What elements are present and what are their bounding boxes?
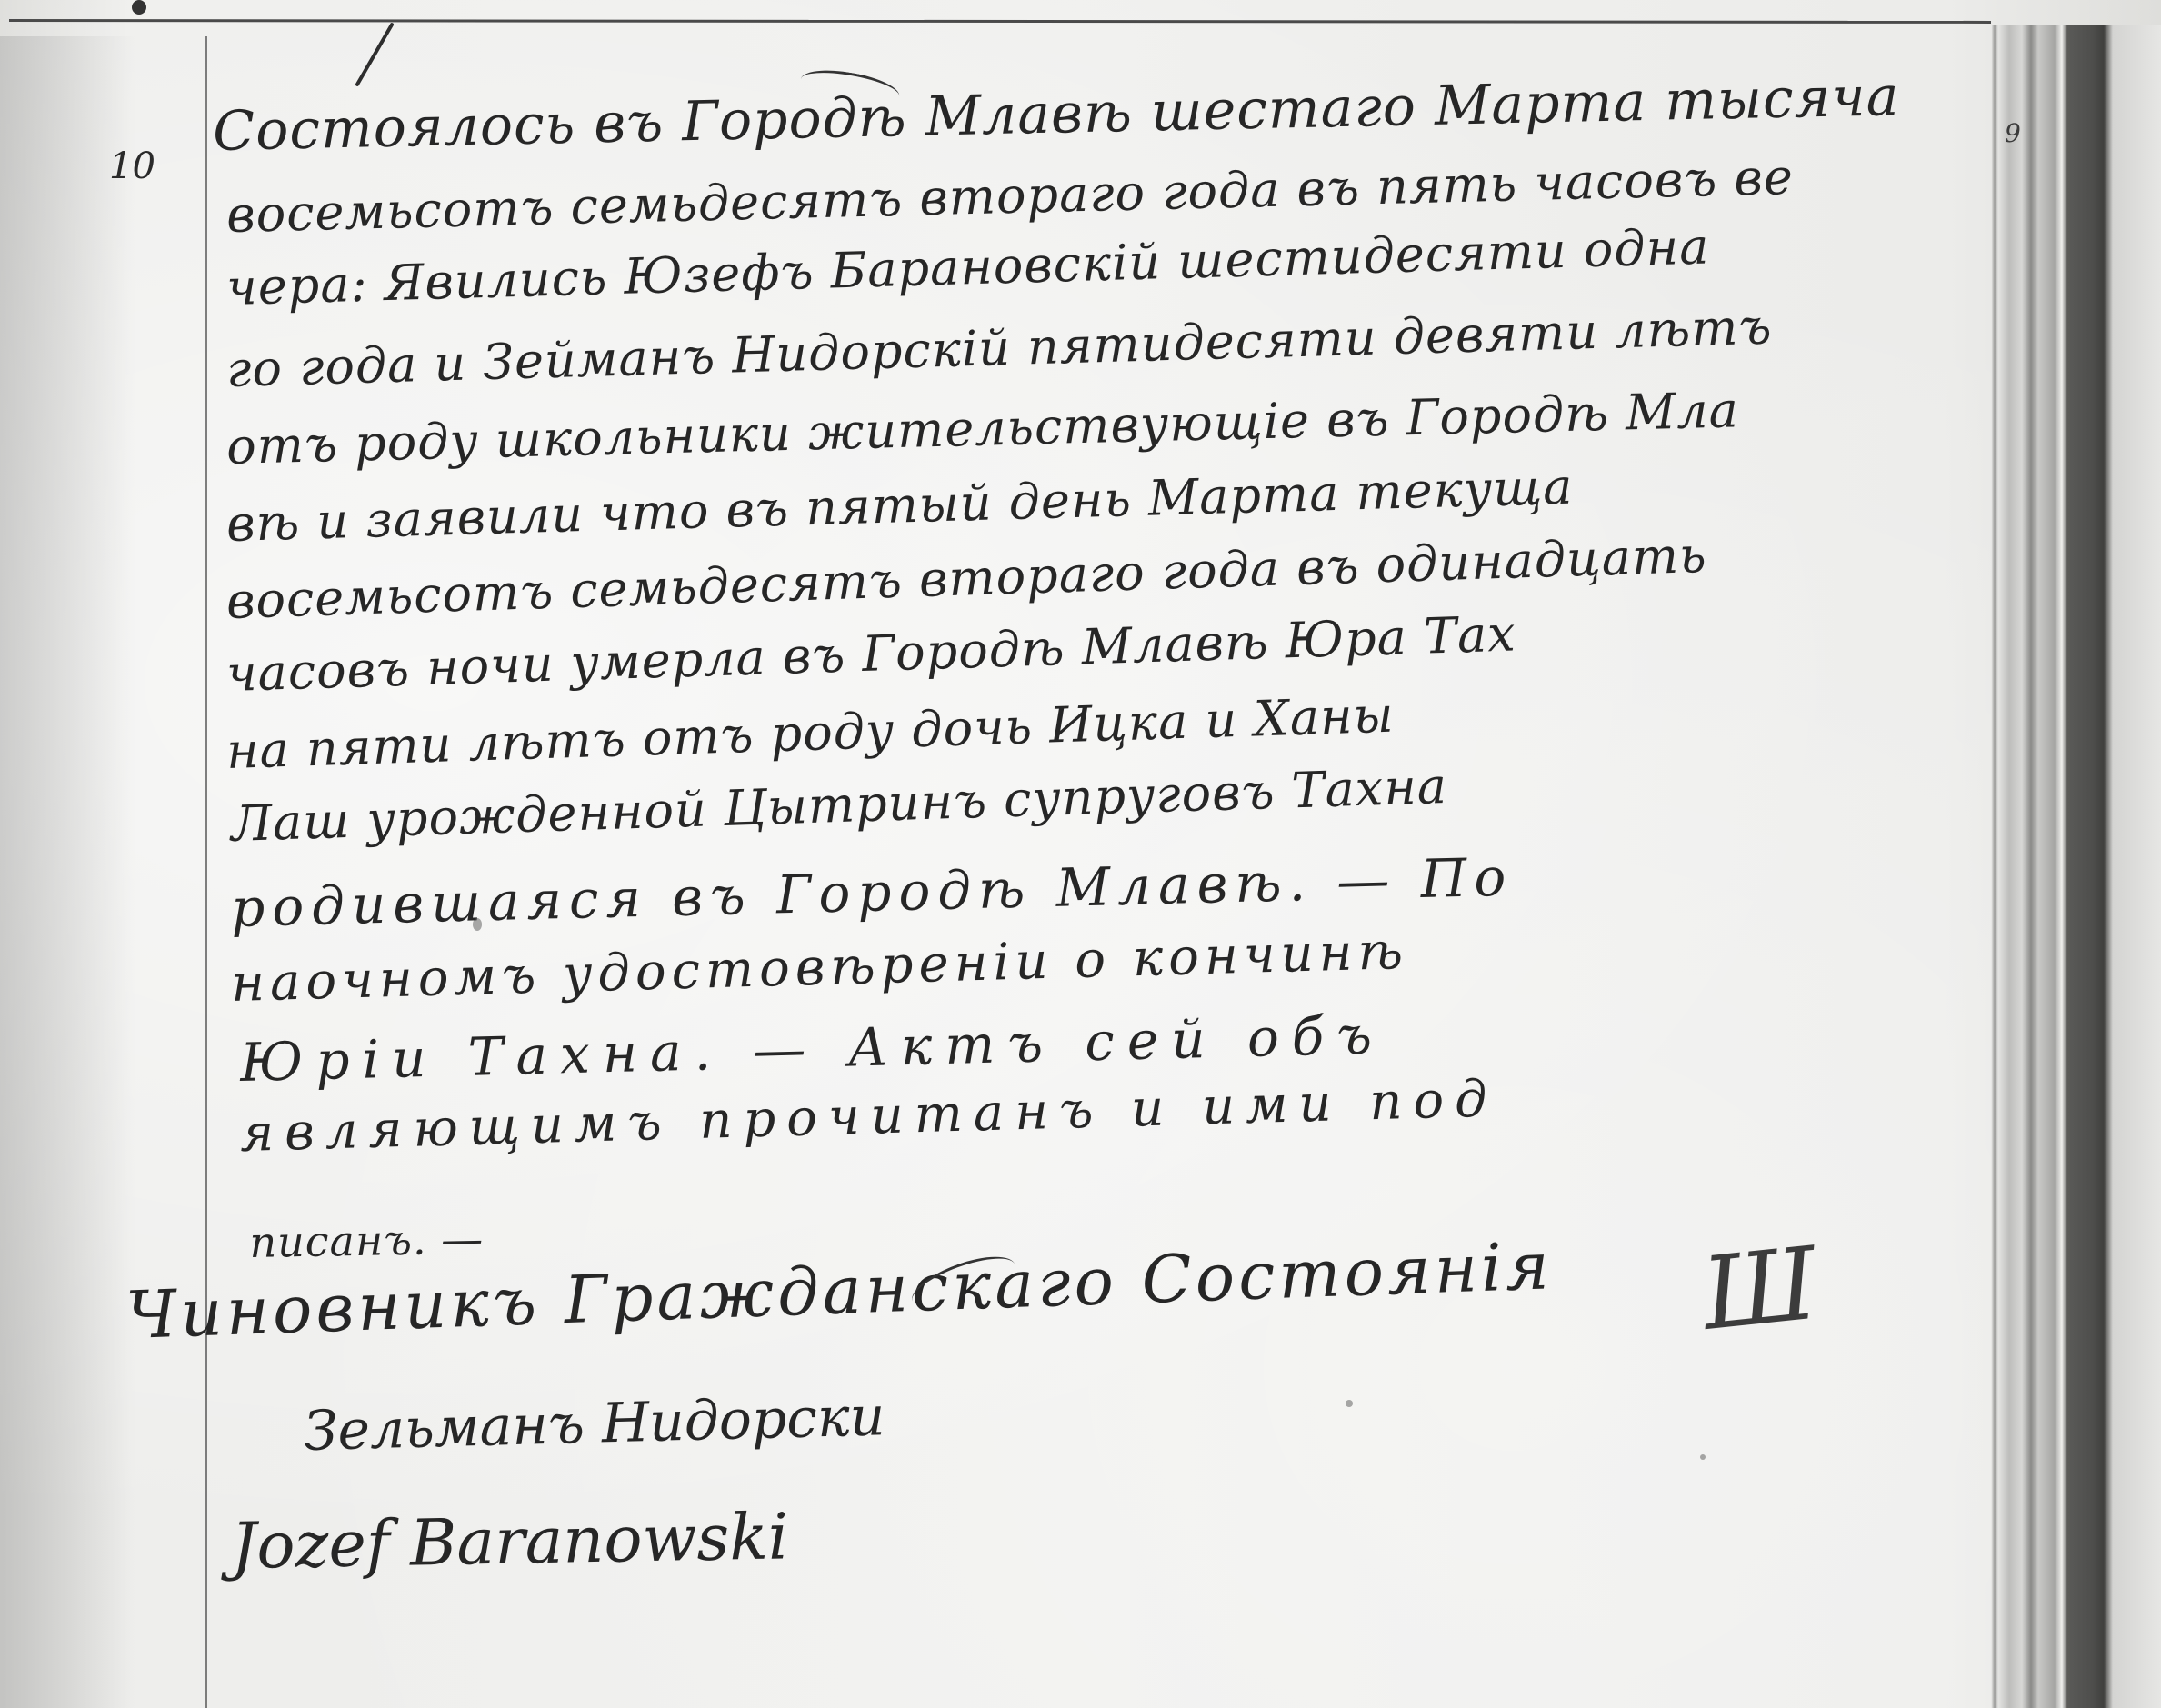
record-line-4: го года и Зейманъ Нидорскій пятидесяти д… — [225, 298, 1773, 398]
top-rule-line — [9, 19, 1991, 24]
ink-speck — [1700, 1454, 1706, 1460]
record-line-12: наочномъ удостовѣреніи о кончинѣ — [230, 922, 1409, 1014]
document-page: 9 10 Состоялось въ Городѣ Млавѣ шестаго … — [0, 0, 2161, 1708]
margin-page-mark: 9 — [2005, 118, 2021, 148]
book-binding-edge — [1991, 25, 2161, 1708]
ink-speck — [1346, 1400, 1353, 1407]
record-line-1: Состоялось въ Городѣ Млавѣ шестаго Марта… — [213, 65, 1901, 164]
record-line-15: писанъ. — — [249, 1214, 485, 1267]
ink-speck — [473, 918, 482, 931]
entry-number: 10 — [109, 145, 155, 187]
witness-signature-2: Jozef Baranowski — [231, 1499, 789, 1583]
left-margin-rule — [205, 36, 207, 1708]
official-signature: Ш — [1697, 1225, 1823, 1353]
witness-signature-1: Зельманъ Нидорски — [303, 1384, 885, 1463]
ink-dot — [132, 0, 146, 15]
previous-entry-stroke — [355, 22, 394, 86]
page-edge-shadow — [0, 36, 136, 1708]
